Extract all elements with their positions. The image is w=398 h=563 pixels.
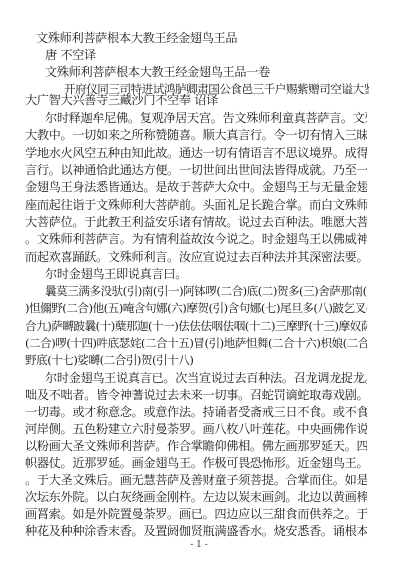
body-line: 金翅鸟王身法悉皆通达。是故于菩萨大众中。金翅鸟王与无量金翅鸟围绕。从 xyxy=(25,179,367,197)
document-subtitle: 文殊师利菩萨根本大教王经金翅鸟王品一卷 xyxy=(45,64,387,82)
body-line: 而起欢喜踊跃。文殊师利言。汝应宣说过去百种法并其深密法要。 xyxy=(25,249,367,267)
body-line: 言行。以神通恰此通达方便。一切世间出世间法皆得成就。乃至一切傍生及诸 xyxy=(25,162,367,180)
body-line: 河岸侧。五色粉建立六肘曼荼罗。画八枚八叶莲花。中央画佛作说法相。佛右 xyxy=(25,421,367,439)
body-line: 咄及不咄者。皆令神蓍说过去未来一切事。召蛇罚谪蛇取毒戏剧。不为毒中召 xyxy=(25,387,367,405)
mantra-line: (二合)啰(十四)吽底瑟姹(二合十五)冒(引)地萨怛舞(二合十六)枳娘(二合)跛 xyxy=(25,335,367,353)
body-line: 尔时释迦牟尼佛。复观净居天宫。告文殊师利童真菩萨言。文殊师利于汝 xyxy=(45,110,367,128)
page-number: - 1 - xyxy=(0,540,398,550)
body-line: 座而起往诣于文殊师利大菩萨前。头面礼足长跪合掌。而白文殊师利言。我住 xyxy=(25,197,367,215)
mantra-line: 曩莫三满多没驮(引)南(引一)阿钵啰(二合)底(二)贺多(三)舍萨那南(引四 xyxy=(45,283,367,301)
translator-line-2: 大广智大兴善寺三藏沙门不空奉 诏译 xyxy=(25,92,367,110)
body-line: 一切毒。或才称意念。或意作法。持诵者受斋戒三日不食。或不食十二日。于 xyxy=(25,404,367,422)
document-page: 文殊师利菩萨根本大教王经金翅鸟王品 唐 不空译 文殊师利菩萨根本大教王经金翅鸟王… xyxy=(0,0,398,563)
body-line: 帜器仗。近那罗延。画金翅鸟王。作极可畏恐怖形。近金翅鸟王。画阿卢拏天 xyxy=(25,455,367,473)
document-title: 文殊师利菩萨根本大教王经金翅鸟王品 xyxy=(36,30,378,48)
body-line: 。文殊师利菩萨言。为有情利益故汝今说之。时金翅鸟王以佛威神力故。从座 xyxy=(25,231,367,249)
body-line: 尔时金翅鸟王说真言已。次当宣说过去百种法。召龙调龙捉龙。或有被龙 xyxy=(45,370,367,388)
body-line: 大教中。一切如来之所称赞随喜。顺大真言行。令一切有情入三昧耶坛故。通 xyxy=(25,127,367,145)
body-line: 画罥索。如是外院置曼荼罗。画已。四边应以三甜食而供养之。于其坛上散种 xyxy=(25,506,367,524)
body-line: 次坛东外院。以白灰绕画金刚杵。左边以炭末画剑。北边以黄画棒。西边以赤 xyxy=(25,489,367,507)
mantra-line: 野底(十七)娑嚩(二合引)贺(引十八) xyxy=(25,352,367,370)
mantra-line: )怛儞野(二合)他(五)唵含句娜(六)摩贺(引)含句娜(七)尾旦多(八)跛乞叉(… xyxy=(25,300,367,318)
body-line: 大菩萨位。于此教王利益安乐诸有情故。说过去百种法。唯愿大菩萨随喜许说 xyxy=(25,214,367,232)
mantra-intro: 尔时金翅鸟王即说真言曰。 xyxy=(45,266,387,284)
body-line: 。于大圣文殊后。画无慧菩萨及善财童子须菩提。合掌而住。如是名为中坛。 xyxy=(25,472,367,490)
body-line: 学地水火风空五种由知此故。通达一切有情语言不思议境界。成得金翅鸟王真 xyxy=(25,145,367,163)
body-line: 种花及种种涂香末香。及置阏伽贤瓶满盛香水。烧安悉香。诵根本真言请一切 xyxy=(25,523,367,541)
dynasty-translator: 唐 不空译 xyxy=(45,47,387,65)
body-line: 以粉画大圣文殊师利菩萨。作合掌瞻仰佛相。佛左画那罗延天。四臂持四种幖 xyxy=(25,438,367,456)
mantra-line: 合九)萨嚩跛曩(十)蘖那迦(十一)佉佉佉咽佉咽(十二)三摩野(十三)摩奴萨摩 xyxy=(25,318,367,336)
